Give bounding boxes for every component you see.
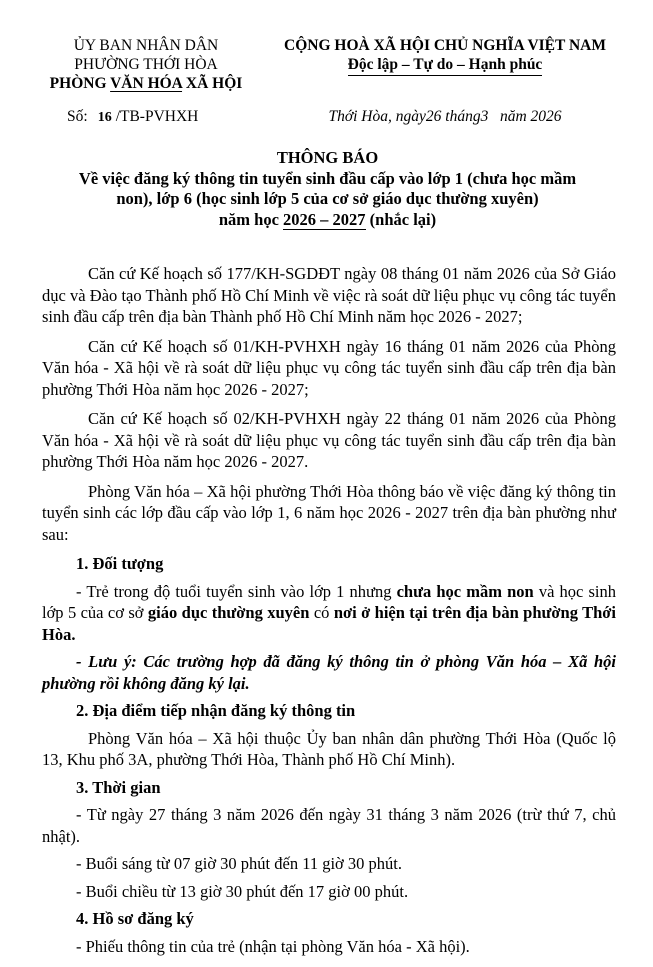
school-year: 2026 – 2027 <box>283 210 366 230</box>
document-body: Căn cứ Kế hoạch số 177/KH-SGDĐT ngày 08 … <box>42 263 616 963</box>
doc-number-label: Số: <box>67 108 88 125</box>
section-4-item-1: - Phiếu thông tin của trẻ (nhận tại phòn… <box>42 936 616 958</box>
agency-line-2: PHƯỜNG THỚI HÒA <box>30 55 262 74</box>
section-3-item-3: - Buổi chiều từ 13 giờ 30 phút đến 17 gi… <box>42 881 616 903</box>
document-title: THÔNG BÁO Về việc đăng ký thông tin tuyể… <box>30 148 625 230</box>
section-1-heading: 1. Đối tượng <box>42 553 616 575</box>
s1-text-b: chưa học mầm non <box>397 582 534 601</box>
document-number: Số:16/TB-PVHXH <box>67 108 198 126</box>
agency-line-3: PHÒNG VĂN HÓA XÃ HỘI <box>30 74 262 93</box>
title-line-2: non), lớp 6 (học sinh lớp 5 của cơ sở gi… <box>30 189 625 210</box>
issuing-agency: ỦY BAN NHÂN DÂN PHƯỜNG THỚI HÒA PHÒNG VĂ… <box>30 36 262 93</box>
section-3-heading: 3. Thời gian <box>42 777 616 799</box>
section-3-item-2: - Buổi sáng từ 07 giờ 30 phút đến 11 giờ… <box>42 853 616 875</box>
title-line-3: năm học 2026 – 2027 (nhắc lại) <box>30 210 625 231</box>
title-line-3-suffix: (nhắc lại) <box>366 210 437 229</box>
title-heading: THÔNG BÁO <box>30 148 625 169</box>
section-1-note: - Lưu ý: Các trường hợp đã đăng ký thông… <box>42 651 616 694</box>
s1-text-a: - Trẻ trong độ tuổi tuyển sinh vào lớp 1… <box>76 582 397 601</box>
agency-line-1: ỦY BAN NHÂN DÂN <box>30 36 262 55</box>
section-1-text: - Trẻ trong độ tuổi tuyển sinh vào lớp 1… <box>42 581 616 646</box>
section-2-heading: 2. Địa điểm tiếp nhận đăng ký thông tin <box>42 700 616 722</box>
doc-number-value: 16 <box>98 110 112 125</box>
national-motto: Độc lập – Tự do – Hạnh phúc <box>348 55 543 76</box>
s1-text-e: có <box>309 603 333 622</box>
agency-line-3-underlined: VĂN HÓA <box>110 75 182 92</box>
doc-number-suffix: /TB-PVHXH <box>116 108 199 125</box>
preamble-2: Căn cứ Kế hoạch số 01/KH-PVHXH ngày 16 t… <box>42 336 616 401</box>
agency-line-3-prefix: PHÒNG <box>50 75 110 92</box>
preamble-1: Căn cứ Kế hoạch số 177/KH-SGDĐT ngày 08 … <box>42 263 616 328</box>
s1-text-d: giáo dục thường xuyên <box>148 603 310 622</box>
section-3-item-1: - Từ ngày 27 tháng 3 năm 2026 đến ngày 3… <box>42 804 616 847</box>
intro-paragraph: Phòng Văn hóa – Xã hội phường Thới Hòa t… <box>42 481 616 546</box>
section-2-text: Phòng Văn hóa – Xã hội thuộc Ủy ban nhân… <box>42 728 616 771</box>
country-name: CỘNG HOÀ XÃ HỘI CHỦ NGHĨA VIỆT NAM <box>265 36 625 55</box>
section-4-heading: 4. Hồ sơ đăng ký <box>42 908 616 930</box>
preamble-3: Căn cứ Kế hoạch số 02/KH-PVHXH ngày 22 t… <box>42 408 616 473</box>
national-heading: CỘNG HOÀ XÃ HỘI CHỦ NGHĨA VIỆT NAM Độc l… <box>265 36 625 76</box>
agency-line-3-suffix: XÃ HỘI <box>182 75 242 92</box>
title-line-1: Về việc đăng ký thông tin tuyển sinh đầu… <box>30 169 625 190</box>
place-date: Thới Hòa, ngày26 tháng3 năm 2026 <box>265 108 625 126</box>
title-line-3-prefix: năm học <box>219 210 283 229</box>
document-page: ỦY BAN NHÂN DÂN PHƯỜNG THỚI HÒA PHÒNG VĂ… <box>0 0 653 967</box>
